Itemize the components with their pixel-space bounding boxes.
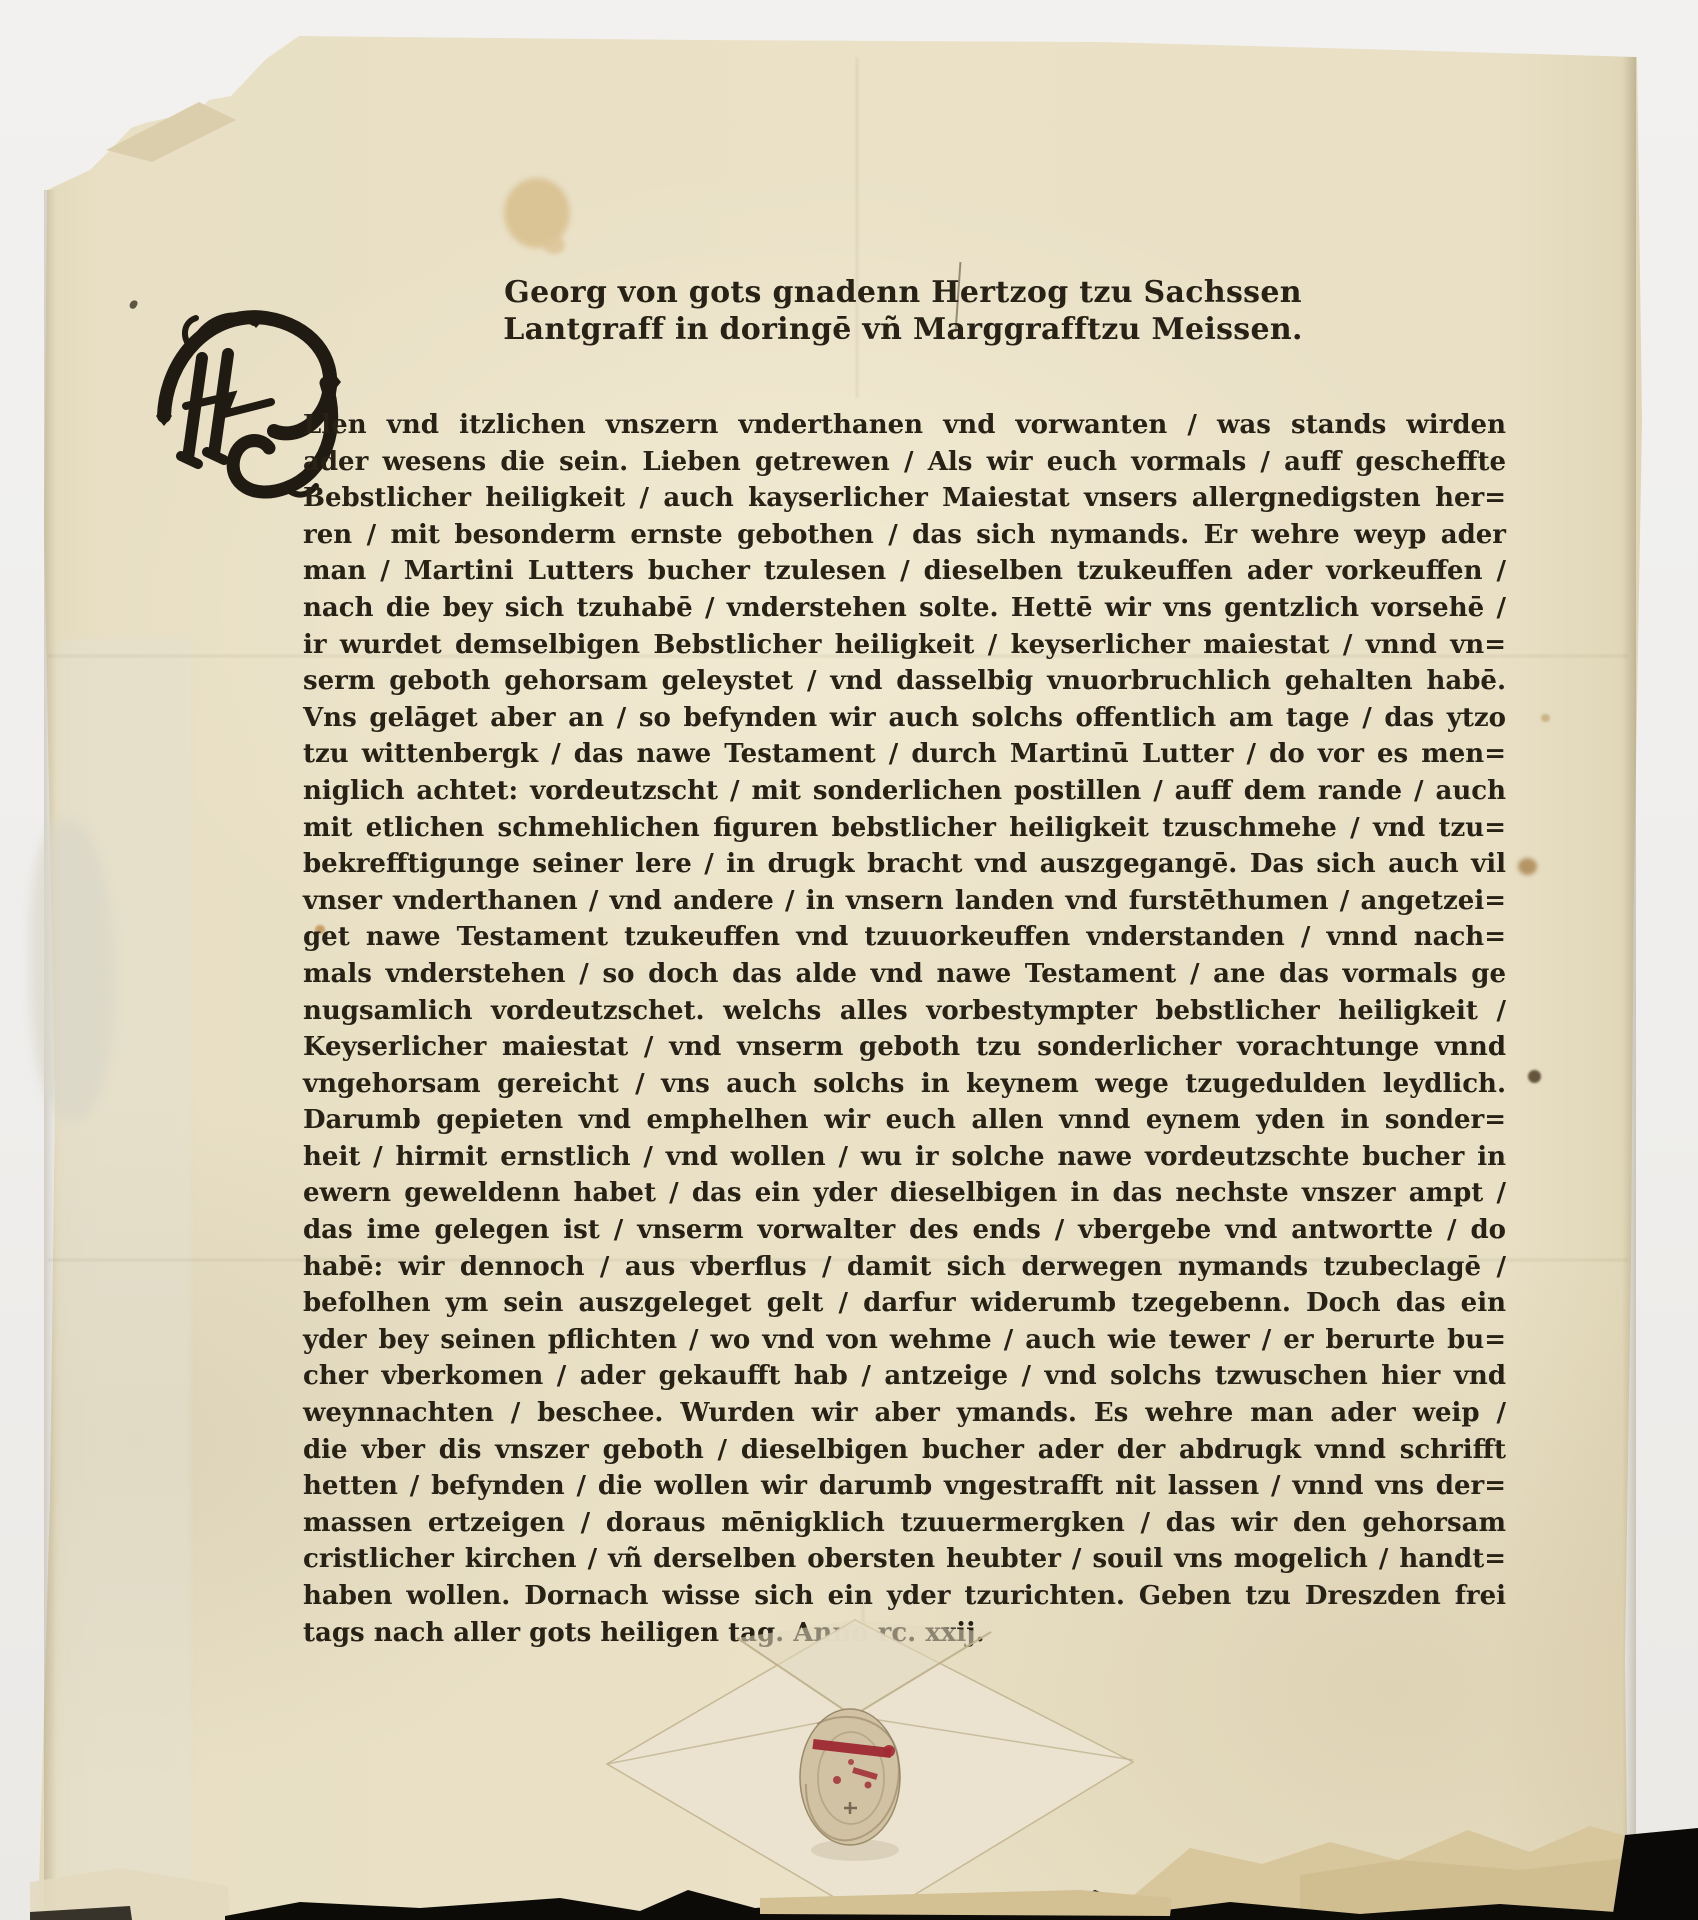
body-line: Bebstlicher heiligkeit / auch kayserlich… bbox=[303, 480, 1506, 517]
heading-line-2: Lantgraff in doringē vñ Marggrafftzu Mei… bbox=[300, 311, 1506, 348]
body-line: das ime gelegen ist / vnserm vorwalter d… bbox=[303, 1212, 1506, 1249]
document-body: Llen vnd itzlichen vnszern vnderthanen v… bbox=[303, 407, 1506, 1651]
body-line: massen ertzeigen / doraus mēnigklich tzu… bbox=[303, 1505, 1506, 1542]
body-line: yder bey seinen pflichten / wo vnd von w… bbox=[303, 1322, 1506, 1359]
black-gap-bottom-right bbox=[1612, 1828, 1698, 1920]
body-line: mals vnderstehen / so doch das alde vnd … bbox=[303, 956, 1506, 993]
body-line: tzu wittenbergk / das nawe Testament / d… bbox=[303, 736, 1506, 773]
body-line: haben wollen. Dornach wisse sich ein yde… bbox=[303, 1578, 1506, 1615]
body-line: vngehorsam gereicht / vns auch solchs in… bbox=[303, 1066, 1506, 1103]
body-line: Keyserlicher maiestat / vnd vnserm gebot… bbox=[303, 1029, 1506, 1066]
body-line: hetten / befynden / die wollen wir darum… bbox=[303, 1468, 1506, 1505]
body-line: ewern geweldenn habet / das ein yder die… bbox=[303, 1175, 1506, 1212]
body-line: man / Martini Lutters bucher tzulesen / … bbox=[303, 553, 1506, 590]
body-line: serm geboth gehorsam geleystet / vnd das… bbox=[303, 663, 1506, 700]
bottom-edge-damage bbox=[0, 1790, 1698, 1920]
body-line: bekrefftigunge seiner lere / in drugk br… bbox=[303, 846, 1506, 883]
body-line: ir wurdet demselbigen Bebstlicher heilig… bbox=[303, 627, 1506, 664]
body-line: Vns gelāget aber an / so befynden wir au… bbox=[303, 700, 1506, 737]
body-line: weynnachten / beschee. Wurden wir aber y… bbox=[303, 1395, 1506, 1432]
heading-line-1: Georg von gots gnadenn Hertzog tzu Sachs… bbox=[300, 274, 1506, 311]
body-line: Darumb gepieten vnd emphelhen wir euch a… bbox=[303, 1102, 1506, 1139]
body-line: heit / hirmit ernstlich / vnd wollen / w… bbox=[303, 1139, 1506, 1176]
body-line: die vber dis vnszer geboth / dieselbigen… bbox=[303, 1432, 1506, 1469]
body-line: mit etlichen schmehlichen figuren bebstl… bbox=[303, 810, 1506, 847]
scanned-document-page: { "document": { "heading": { "line1": "G… bbox=[0, 0, 1698, 1920]
body-line: cristlicher kirchen / vñ derselben obers… bbox=[303, 1541, 1506, 1578]
body-line: habē: wir dennoch / aus vberflus / damit… bbox=[303, 1249, 1506, 1286]
body-line: vnser vnderthanen / vnd andere / in vnse… bbox=[303, 883, 1506, 920]
document-heading: Georg von gots gnadenn Hertzog tzu Sachs… bbox=[300, 274, 1506, 348]
body-line: nach die bey sich tzuhabē / vnderstehen … bbox=[303, 590, 1506, 627]
body-line: Llen vnd itzlichen vnszern vnderthanen v… bbox=[303, 407, 1506, 444]
body-line: niglich achtet: vordeutzscht / mit sonde… bbox=[303, 773, 1506, 810]
body-line: nugsamlich vordeutzschet. welchs alles v… bbox=[303, 993, 1506, 1030]
body-line: ren / mit besonderm ernste gebothen / da… bbox=[303, 517, 1506, 554]
paper-edge-shadow-right bbox=[1622, 57, 1636, 1917]
body-line: ader wesens die sein. Lieben getrewen / … bbox=[303, 444, 1506, 481]
body-line: cher vberkomen / ader gekaufft hab / ant… bbox=[303, 1358, 1506, 1395]
body-line: get nawe Testament tzukeuffen vnd tzuuor… bbox=[303, 919, 1506, 956]
body-line: befolhen ym sein auszgeleget gelt / darf… bbox=[303, 1285, 1506, 1322]
